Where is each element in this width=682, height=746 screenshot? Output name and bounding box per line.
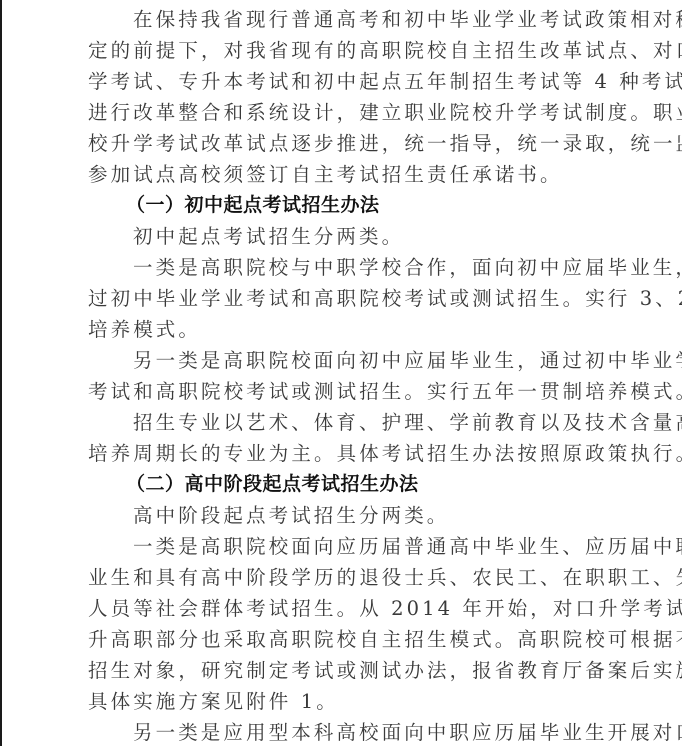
paragraph-line: 一类是高职院校面向应历届普通高中毕业生、应历届中职毕 [88,531,682,562]
paragraph-line: 学考试、专升本考试和初中起点五年制招生考试等 4 种考试模式 [88,66,682,97]
paragraph-line: 初中起点考试招生分两类。 [88,221,682,252]
page-edge-divider [0,0,2,746]
paragraph-line: 招生对象，研究制定考试或测试办法，报省教育厅备案后实施。 [88,655,682,686]
paragraph-line: 进行改革整合和系统设计，建立职业院校升学考试制度。职业院 [88,97,682,128]
paragraph-line: 另一类是应用型本科高校面向中职应历届毕业生开展对口 [88,717,682,746]
paragraph-line: 招生专业以艺术、体育、护理、学前教育以及技术含量高、 [88,407,682,438]
paragraph-line: 培养模式。 [88,314,682,345]
paragraph-line: 另一类是高职院校面向初中应届毕业生，通过初中毕业学业 [88,345,682,376]
paragraph-line: 培养周期长的专业为主。具体考试招生办法按照原政策执行。 [88,438,682,469]
paragraph-line: 过初中毕业学业考试和高职院校考试或测试招生。实行 3、2 分段 [88,283,682,314]
paragraph-line: 高中阶段起点考试招生分两类。 [88,500,682,531]
paragraph-line: 升高职部分也采取高职院校自主招生模式。高职院校可根据不同 [88,624,682,655]
paragraph-line: 一类是高职院校与中职学校合作，面向初中应届毕业生，通 [88,252,682,283]
paragraph-line: 人员等社会群体考试招生。从 2014 年开始，对口升学考试中职 [88,593,682,624]
paragraph-line: 校升学考试改革试点逐步推进，统一指导，统一录取，统一监督。 [88,128,682,159]
paragraph-line: 在保持我省现行普通高考和初中毕业学业考试政策相对稳 [88,4,682,35]
paragraph-line: 具体实施方案见附件 1。 [88,686,682,717]
paragraph-line: 业生和具有高中阶段学历的退役士兵、农民工、在职职工、失业 [88,562,682,593]
paragraph-line: 定的前提下，对我省现有的高职院校自主招生改革试点、对口升 [88,35,682,66]
paragraph-line: 考试和高职院校考试或测试招生。实行五年一贯制培养模式。 [88,376,682,407]
paragraph-line: 参加试点高校须签订自主考试招生责任承诺书。 [88,159,682,190]
document-page: 在保持我省现行普通高考和初中毕业学业考试政策相对稳 定的前提下，对我省现有的高职… [88,4,682,746]
section-heading: （二）高中阶段起点考试招生办法 [88,469,682,500]
section-heading: （一）初中起点考试招生办法 [88,190,682,221]
